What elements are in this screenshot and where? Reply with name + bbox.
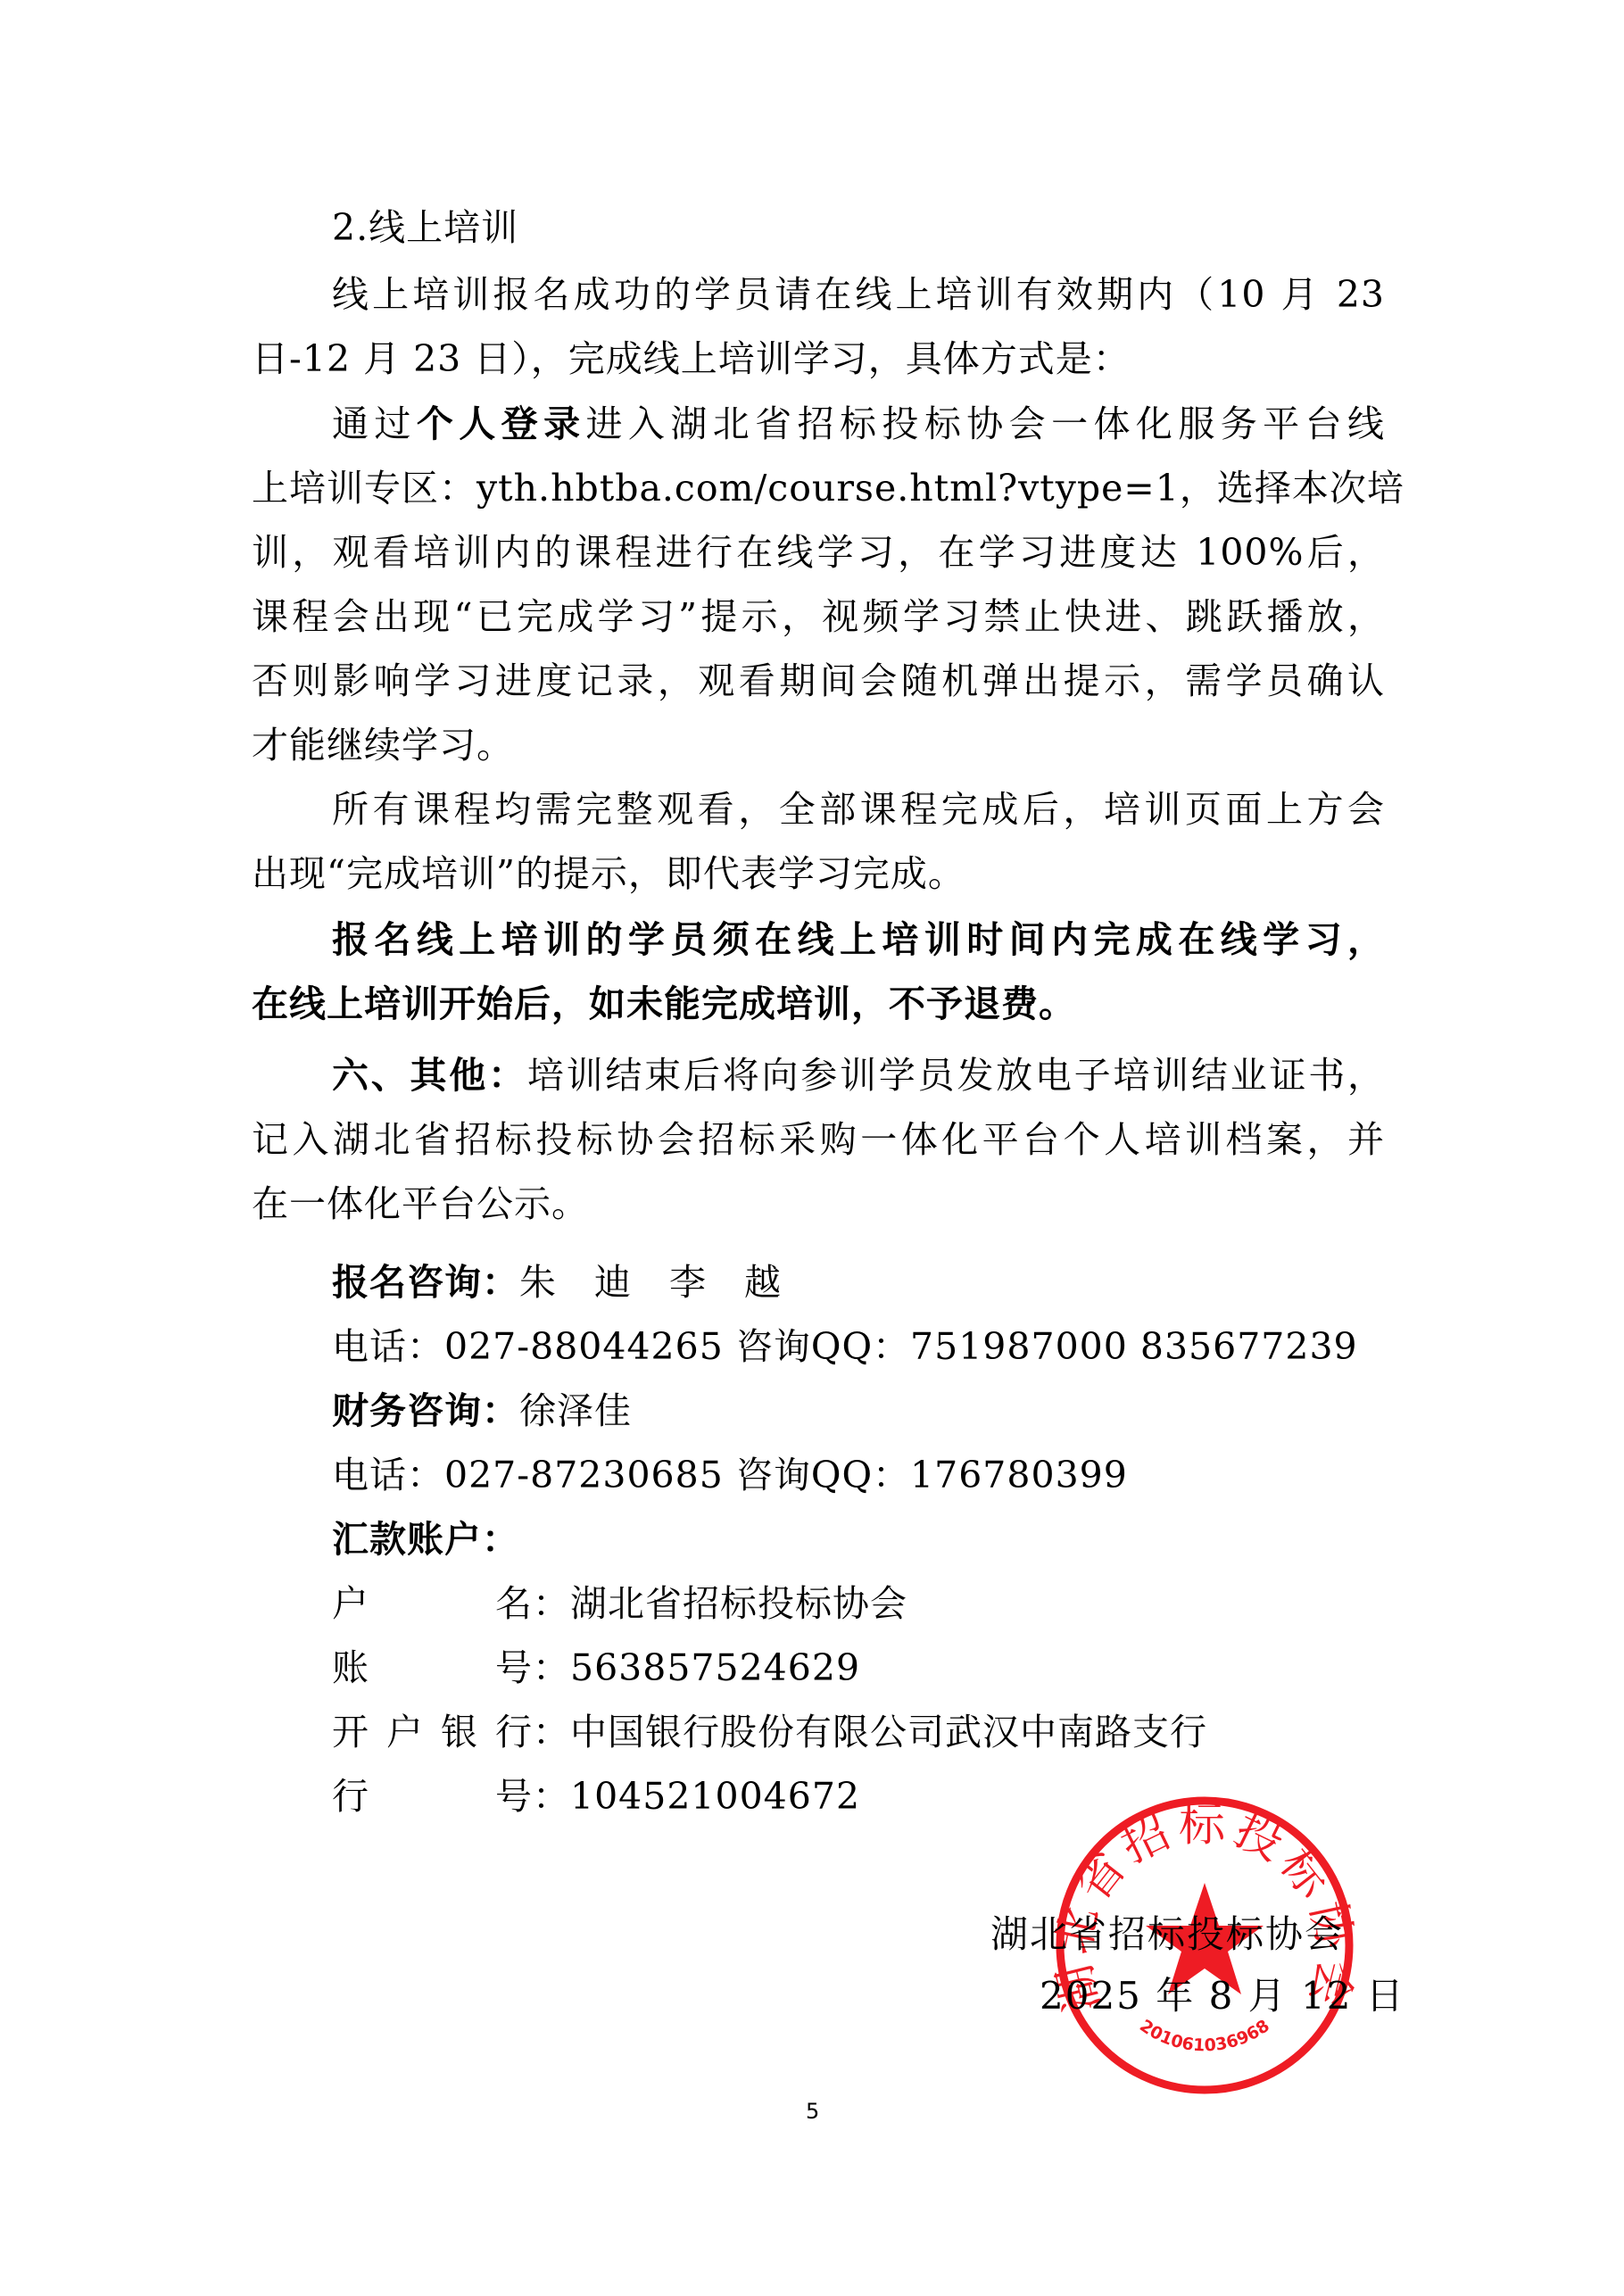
remittance-row: 开户银行：中国银行股份有限公司武汉中南路支行	[332, 1710, 1465, 1754]
paragraph-line: 在一体化平台公示。	[252, 1181, 1385, 1226]
paragraph-line: 否则影响学习进度记录，观看期间会随机弹出提示，需学员确认	[252, 659, 1385, 703]
signature-org: 湖北省招标投标协会	[990, 1912, 1344, 1957]
colon: ：	[533, 1775, 570, 1818]
colon: ：	[533, 1582, 570, 1625]
paragraph-line: 通过个人登录进入湖北省招标投标协会一体化服务平台线	[332, 402, 1385, 446]
paragraph-line: 线上培训报名成功的学员请在线上培训有效期内（10 月 23	[332, 272, 1385, 317]
row-key: 户名	[332, 1581, 533, 1626]
subheading-online-training: 2.线上培训	[332, 205, 1465, 250]
signature-date: 2025 年 8 月 12 日	[1040, 1974, 1405, 2018]
finance-label: 财务咨询：	[332, 1389, 519, 1432]
paragraph-line: 出现“完成培训”的提示，即代表学习完成。	[252, 851, 1385, 896]
paragraph-line: 日-12 月 23 日），完成线上培训学习，具体方式是：	[252, 336, 1385, 381]
row-key: 行号	[332, 1774, 533, 1819]
paragraph-line: 课程会出现“已完成学习”提示，视频学习禁止快进、跳跃播放，	[252, 594, 1385, 639]
paragraph-line: 才能继续学习。	[252, 723, 1385, 767]
registration-label: 报名咨询：	[332, 1261, 519, 1304]
finance-contact: 财务咨询：徐泽佳	[332, 1388, 1465, 1433]
warning-line: 在线上培训开始后，如未能完成培训，不予退费。	[252, 982, 1385, 1026]
colon: ：	[533, 1711, 570, 1753]
warning-line: 报名线上培训的学员须在线上培训时间内完成在线学习，	[332, 917, 1385, 962]
paragraph-line: 所有课程均需完整观看，全部课程完成后，培训页面上方会	[332, 787, 1385, 832]
paragraph-line: 六、其他：培训结束后将向参训学员发放电子培训结业证书，	[332, 1053, 1385, 1098]
registration-names: 朱 迪 李 越	[519, 1261, 782, 1304]
bold-text-personal-login: 个人登录	[417, 402, 586, 445]
text: 通过	[332, 402, 417, 445]
remittance-row: 账号：563857524629	[332, 1645, 1465, 1690]
finance-phone: 电话：027-87230685 咨询QQ：176780399	[332, 1453, 1465, 1497]
text: 进入湖北省招标投标协会一体化服务平台线	[586, 402, 1386, 445]
row-key: 开户银行	[332, 1710, 533, 1754]
row-value: 中国银行股份有限公司武汉中南路支行	[570, 1711, 1207, 1753]
row-value: 湖北省招标投标协会	[570, 1582, 907, 1625]
paragraph-line: 记入湖北省招标投标协会招标采购一体化平台个人培训档案，并	[252, 1117, 1385, 1162]
section-heading-other: 六、其他：	[332, 1054, 527, 1097]
text: 培训结束后将向参训学员发放电子培训结业证书，	[527, 1054, 1385, 1097]
remittance-heading: 汇款账户：	[332, 1517, 1465, 1562]
registration-contact: 报名咨询：朱 迪 李 越	[332, 1260, 1465, 1305]
colon: ：	[533, 1646, 570, 1689]
document-page: 2.线上培训 线上培训报名成功的学员请在线上培训有效期内（10 月 23 日-1…	[0, 0, 1624, 2296]
remittance-row: 户名：湖北省招标投标协会	[332, 1581, 1465, 1626]
finance-names: 徐泽佳	[519, 1389, 632, 1432]
paragraph-line-url: 上培训专区：yth.hbtba.com/course.html?vtype=1，…	[252, 466, 1385, 510]
row-key: 账号	[332, 1645, 533, 1690]
page-number: 5	[806, 2099, 819, 2124]
registration-phone: 电话：027-88044265 咨询QQ：751987000 835677239	[332, 1324, 1465, 1369]
row-value: 104521004672	[570, 1775, 860, 1818]
paragraph-line: 训，观看培训内的课程进行在线学习，在学习进度达 100%后，	[252, 530, 1385, 575]
row-value: 563857524629	[570, 1646, 860, 1689]
